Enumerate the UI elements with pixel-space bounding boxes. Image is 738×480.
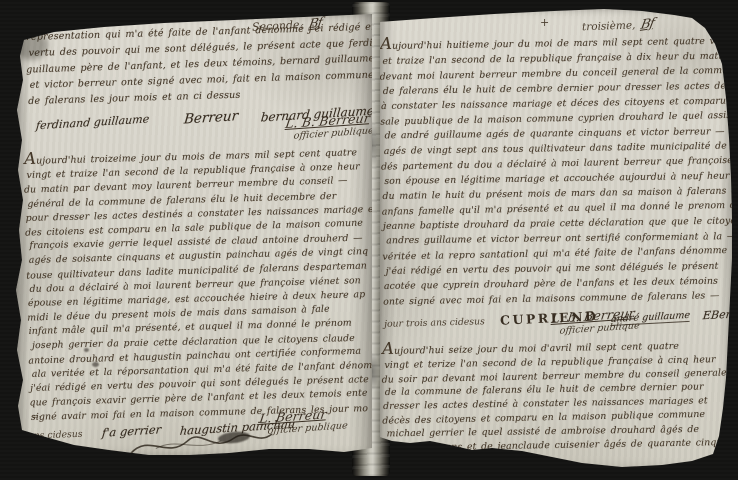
cross-mark: +: [540, 16, 549, 29]
act-closing-words: jour trois ans cidesus: [384, 316, 485, 330]
ink-speck: [84, 348, 89, 352]
signature-berreur: Berreur: [183, 108, 239, 127]
ink-speck: [92, 362, 99, 367]
left-officer-signature-2: L. Berreur officier publique: [260, 409, 347, 434]
left-act2-text: Aujourd'hui troizeime jour du mois de ma…: [24, 143, 383, 425]
signature-flourish-icon: [125, 424, 276, 462]
right-act2-text: Aujourd'hui seize jour du moi d'avril mi…: [382, 336, 734, 455]
left-act1-closing-text: representation qui m'a été faite de l'an…: [26, 20, 376, 110]
signature-berreur: EBerreur.: [702, 306, 738, 322]
photo-stage: Seconde.Bf representation qui m'a été fa…: [0, 0, 738, 480]
corner-stain: [14, 30, 48, 60]
left-officer-signature-1: L. B. Berreur officier publique: [286, 114, 373, 139]
stray-ink-mark: =-: [32, 412, 41, 421]
signature-ferdinand-guillaume: ferdinand guillaume: [35, 112, 149, 132]
act-closing-words: ans cidesus: [28, 429, 83, 442]
register-right-page: + troisième,Bf Aujourd'hui huitieme jour…: [374, 6, 738, 474]
right-officer-signature-1: L. b. Berreur officier publique: [552, 309, 639, 334]
right-act1-text: Aujourd'hui huitieme jour du moi de mars…: [380, 30, 736, 308]
register-left-page: Seconde.Bf representation qui m'a été fa…: [14, 12, 376, 460]
paraph-flourish-icon: Bf: [640, 16, 655, 33]
scanned-register-photograph: { "photo": { "background_color": "#13131…: [0, 0, 738, 480]
